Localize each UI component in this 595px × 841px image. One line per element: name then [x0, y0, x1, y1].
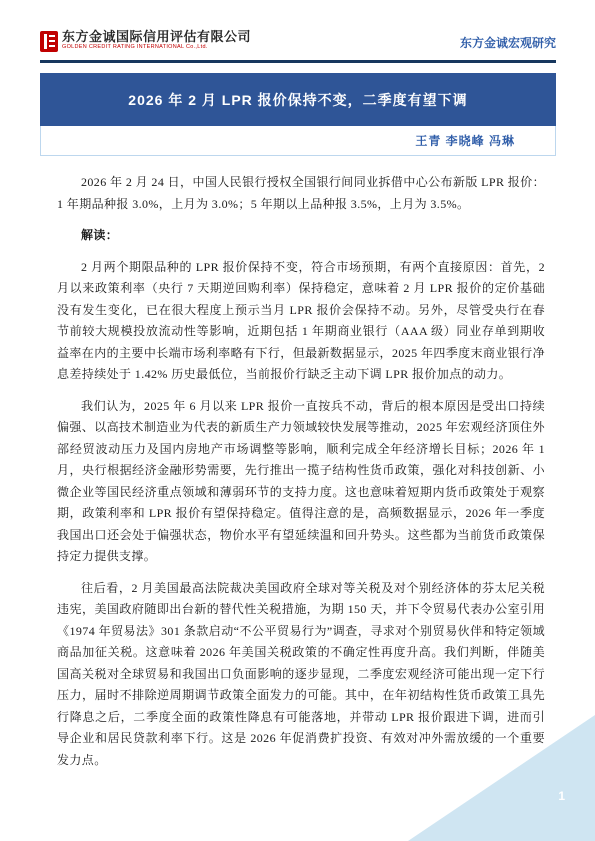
- paragraph-lpr-announcement: 2026 年 2 月 24 日，中国人民银行授权全国银行间同业拆借中心公布新版 …: [57, 172, 545, 215]
- paragraph-reasons: 2 月两个期限品种的 LPR 报价保持不变，符合市场预期，有两个直接原因：首先，…: [57, 257, 545, 386]
- authors: 王青 李晓峰 冯琳: [415, 132, 515, 149]
- report-body: 2026 年 2 月 24 日，中国人民银行授权全国银行间同业拆借中心公布新版 …: [57, 172, 545, 781]
- title-block: 2026 年 2 月 LPR 报价保持不变，二季度有望下调 王青 李晓峰 冯琳: [40, 73, 556, 156]
- report-page: 东方金诚国际信用评估有限公司 GOLDEN CREDIT RATING INTE…: [0, 0, 595, 841]
- title-bar: 2026 年 2 月 LPR 报价保持不变，二季度有望下调: [40, 73, 556, 126]
- brand-text: 东方金诚国际信用评估有限公司 GOLDEN CREDIT RATING INTE…: [62, 30, 251, 50]
- report-title: 2026 年 2 月 LPR 报价保持不变，二季度有望下调: [128, 90, 467, 110]
- series-label: 东方金诚宏观研究: [460, 34, 556, 52]
- paragraph-outlook: 往后看，2 月美国最高法院裁决美国政府全球对等关税及对个别经济体的芬太尼关税违宪…: [57, 578, 545, 772]
- company-logo-icon: [40, 31, 58, 52]
- company-name-en: GOLDEN CREDIT RATING INTERNATIONAL Co.,L…: [62, 45, 251, 51]
- header-divider: [40, 60, 556, 63]
- company-name-cn: 东方金诚国际信用评估有限公司: [62, 30, 251, 44]
- author-row: 王青 李晓峰 冯琳: [40, 126, 556, 156]
- page-header: 东方金诚国际信用评估有限公司 GOLDEN CREDIT RATING INTE…: [40, 30, 556, 52]
- paragraph-analysis: 我们认为，2025 年 6 月以来 LPR 报价一直按兵不动，背后的根本原因是受…: [57, 396, 545, 568]
- paragraph-interpretation-label: 解读：: [57, 225, 545, 247]
- page-number: 1: [558, 789, 565, 803]
- brand: 东方金诚国际信用评估有限公司 GOLDEN CREDIT RATING INTE…: [40, 30, 251, 52]
